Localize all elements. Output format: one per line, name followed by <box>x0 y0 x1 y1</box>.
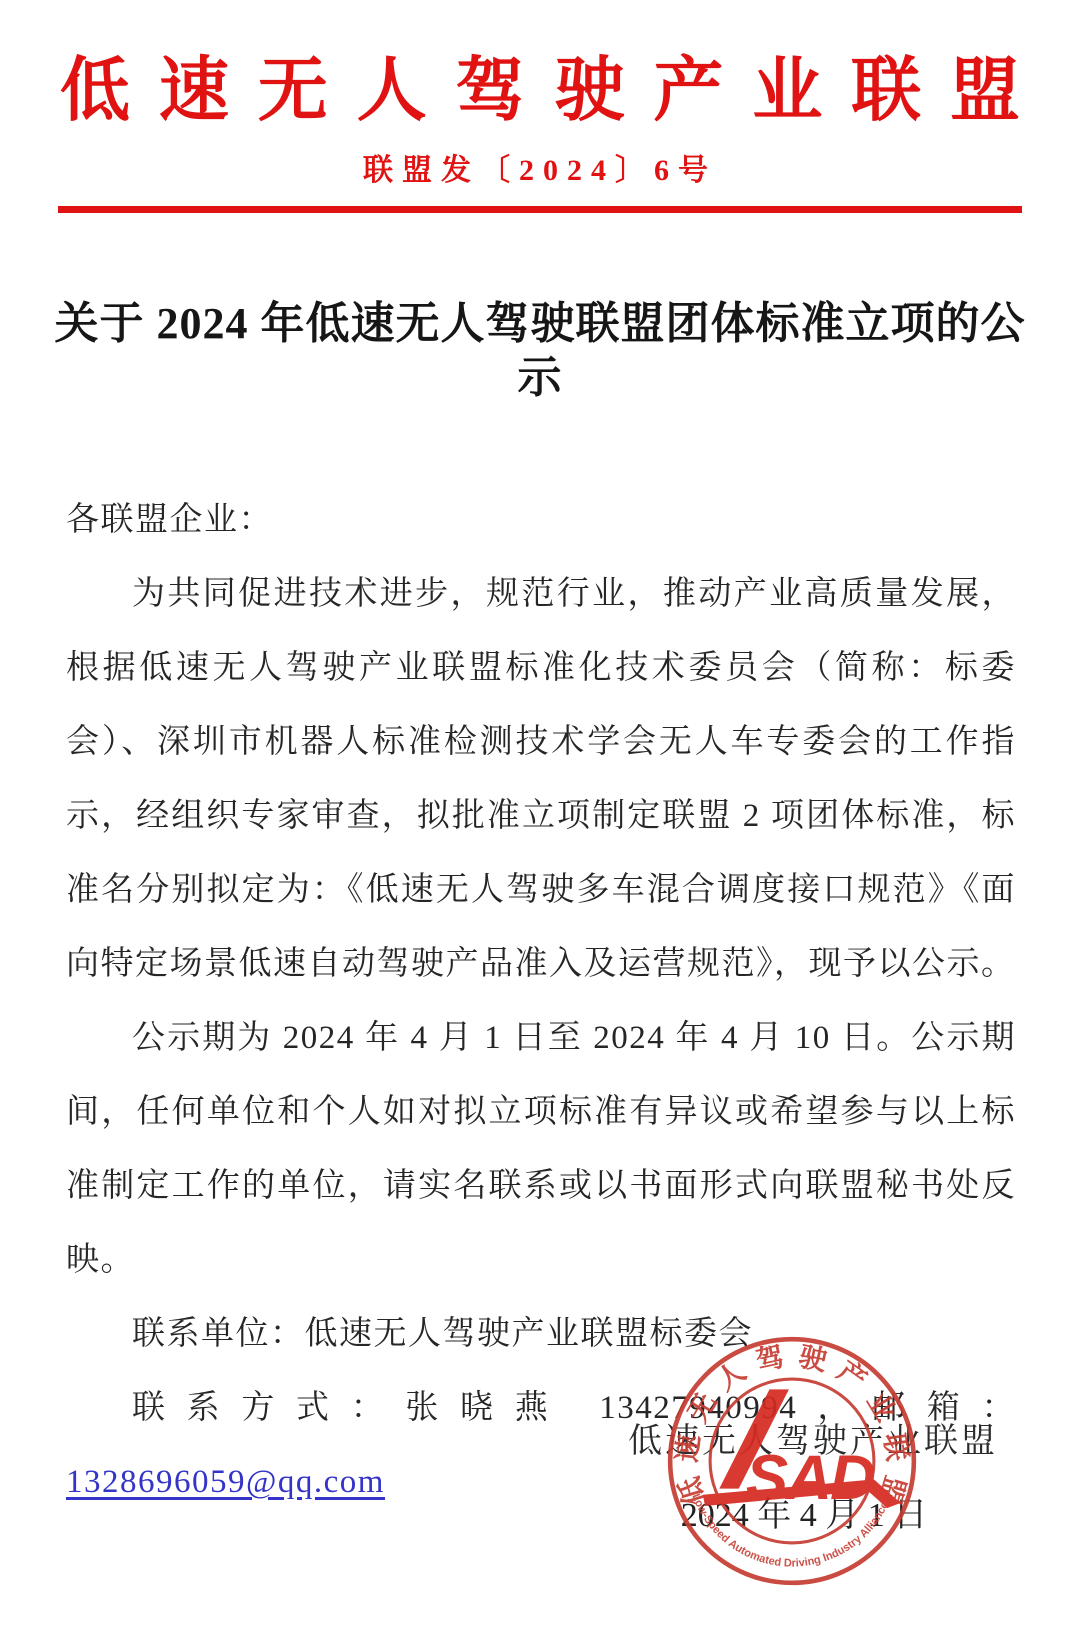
contact-email-link[interactable]: 1328696059@qq.com <box>66 1464 385 1500</box>
seal-graphic: 低速无人驾驶产业联盟 Low-Speed Automated Driving I… <box>664 1333 920 1589</box>
document-number: 联盟发〔2024〕6号 <box>0 154 1080 188</box>
page-title: 关于 2024 年低速无人驾驶联盟团体标准立项的公示 <box>40 297 1040 405</box>
letterhead-divider-rule <box>58 206 1022 213</box>
body-paragraph-2: 公示期为 2024 年 4 月 1 日至 2024 年 4 月 10 日。公示期… <box>66 1001 1016 1297</box>
salutation-line: 各联盟企业： <box>66 483 1016 557</box>
lsad-logo-letters: SAD <box>746 1443 875 1513</box>
letterhead-org-title: 低速无人驾驶产业联盟 <box>60 52 1020 132</box>
body-paragraph-1: 为共同促进技术进步，规范行业，推动产业高质量发展，根据低速无人驾驶产业联盟标准化… <box>66 557 1016 1001</box>
official-seal-stamp: 低速无人驾驶产业联盟 Low-Speed Automated Driving I… <box>664 1333 920 1589</box>
document-page: 低速无人驾驶产业联盟 联盟发〔2024〕6号 关于 2024 年低速无人驾驶联盟… <box>0 0 1080 1641</box>
